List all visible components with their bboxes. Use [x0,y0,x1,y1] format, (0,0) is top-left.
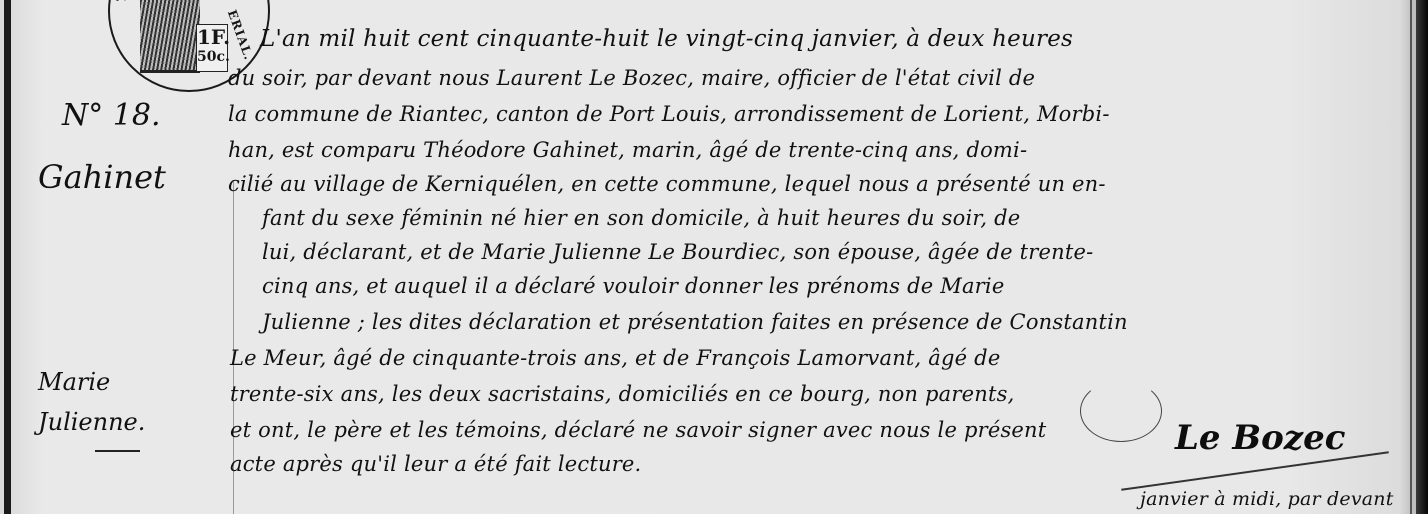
stamp-value-cents: 50c. [197,50,227,64]
stamp-value: 1F. 50c. [196,24,228,72]
margin-surname: Gahinet [38,158,166,196]
margin-given-name-1: Marie [38,368,110,396]
next-entry-fragment: janvier à midi, par devant [1140,488,1394,510]
registry-page: TIMB ERIAL. 1F. 50c. N° 18. Gahinet Mari… [0,0,1428,514]
margin-given-name-2: Julienne. [38,408,145,436]
stamp-figure-icon [140,0,200,73]
body-line: lui, déclarant, et de Marie Julienne Le … [262,240,1093,264]
body-line: Julienne ; les dites déclaration et prés… [262,310,1128,334]
body-line: han, est comparu Théodore Gahinet, marin… [228,138,1027,162]
page-right-rule [1410,0,1412,514]
body-line: trente-six ans, les deux sacristains, do… [230,382,1014,406]
margin-underline [95,450,140,452]
signature-flourish-loop [1080,380,1162,442]
entry-number: N° 18. [62,98,161,133]
body-line: du soir, par devant nous Laurent Le Boze… [228,66,1035,90]
stamp-value-francs: 1F. [197,27,227,47]
book-binding-shadow [1416,0,1428,514]
body-line: fant du sexe féminin né hier en son domi… [262,206,1020,230]
body-line: cilié au village de Kerniquélen, en cett… [228,172,1106,196]
body-line: la commune de Riantec, canton de Port Lo… [228,102,1110,126]
page-left-edge [4,0,11,514]
body-line: cinq ans, et auquel il a déclaré vouloir… [262,274,1004,298]
body-line: acte après qu'il leur a été fait lecture… [230,452,641,476]
body-line: Le Meur, âgé de cinquante-trois ans, et … [230,346,1000,370]
body-line: et ont, le père et les témoins, déclaré … [230,418,1046,442]
mayor-signature: Le Bozec [1175,418,1345,458]
body-line: L'an mil huit cent cinquante-huit le vin… [260,26,1073,52]
